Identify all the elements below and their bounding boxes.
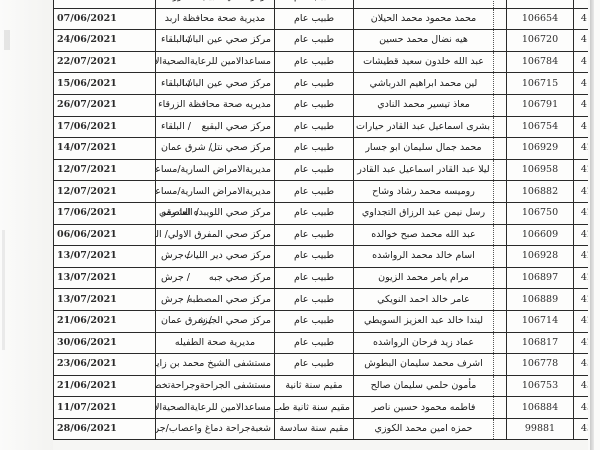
national-id-cell: 106714 [507,310,574,332]
separator-cell [494,94,507,116]
separator-cell [494,310,507,332]
region-label: / الزرقاء [161,0,195,7]
table-row: 22/07/2021مساعدالامين للرعايةالصحيةالاول… [54,51,600,73]
workplace-label: مركز صحي عين الباشا [182,78,271,89]
region-label: / جرش [161,290,190,310]
table-row-partial: 14/06/2021 / الزرقاءمركز صحي شبيب طبيب ع… [54,0,600,8]
date-cell: 14/06/2021 [54,0,156,8]
job-title-cell: مقيم سنة سادسة [275,418,354,440]
date-cell: 17/06/2021 [54,116,156,138]
national-id-cell: 106958 [507,159,574,181]
table-row: 23/06/2021مستشفى الشيخ محمد بن زايد /الم… [54,354,600,376]
date-cell: 12/07/2021 [54,159,156,181]
job-title-cell: طبيب عام [275,289,354,311]
separator-cell [494,332,507,354]
workplace-label: مركز صحي شبيب [200,0,271,2]
date-cell: 21/06/2021 [54,310,156,332]
table-row: 12/07/2021مديريةالامراض السارية/مساعدرعا… [54,159,600,181]
region-label: / جرش [161,268,190,288]
name-cell: بشرى اسماعيل عبد القادر حيارات [354,116,494,138]
workplace-label: مركز صحي الجيزه [198,315,271,326]
region-label: / شرق عمان [161,138,212,158]
table-row: 21/06/2021مستشفى الجراحةوجراحةتخصصية/الب… [54,375,600,397]
date-cell: 13/07/2021 [54,246,156,268]
date-cell: 24/06/2021 [54,30,156,52]
date-cell: 14/07/2021 [54,138,156,160]
separator-cell [494,397,507,419]
job-title-cell: طبيب عام [275,332,354,354]
separator-cell [494,116,507,138]
name-cell: عبد الله محمد صبح خوالده [354,224,494,246]
date-cell: 21/06/2021 [54,375,156,397]
name-cell: حمزه امين محمد الكوزي [354,418,494,440]
date-cell: 15/06/2021 [54,73,156,95]
name-cell: عبد الله خلدون سعيد قطيشات [354,51,494,73]
separator-cell [494,354,507,376]
workplace-cell: مديريه صحة محافظة الزرقاء [156,94,275,116]
workplace-cell: / جرشمركز صحي المصطبه [156,289,275,311]
scan-margin-left [0,0,53,450]
separator-cell [494,289,507,311]
date-cell: 11/07/2021 [54,397,156,419]
separator-cell [494,202,507,224]
name-cell: لين محمد ابراهيم الدرباشي [354,73,494,95]
table-row: 06/06/2021مركز صحي المفرق الاولي/ المفرق… [54,224,600,246]
date-cell: 26/07/2021 [54,94,156,116]
workplace-cell: / جرشمركز صحي جبه [156,267,275,289]
separator-cell [494,246,507,268]
table-row: 17/06/2021/ البلقاءمركز صحي البقيعطبيب ع… [54,116,600,138]
job-title-cell: طبيب عام [275,246,354,268]
table-row: 14/07/2021/ شرق عمانمركز صحي نتلطبيب عام… [54,138,600,160]
date-cell: 12/07/2021 [54,181,156,203]
name-cell: روميسه محمد رشاد وشاح [354,181,494,203]
national-id-cell: 106897 [507,267,574,289]
table-row: 11/07/2021مساعدالامين للرعايةالصحيةالاول… [54,397,600,419]
table-row: 13/07/2021/ جرشمركز صحي المصطبهطبيب عامع… [54,289,600,311]
separator-cell [494,159,507,181]
name-cell: ... [354,0,494,8]
workplace-cell: / البلقاءمركز صحي عين الباشا [156,73,275,95]
workplace-label: مركز صحي جبه [209,272,271,283]
workplace-cell: مستشفى الجراحةوجراحةتخصصية/البشير [156,375,275,397]
workplace-cell: مديرية صحة الطفيله [156,332,275,354]
name-cell: اشرف محمد سليمان البطوش [354,354,494,376]
name-cell: رسل نيمن عبد الرزاق التجداوي [354,202,494,224]
job-title-cell: طبيب عام [275,224,354,246]
separator-cell [494,30,507,52]
job-title-cell: طبيب عام [275,181,354,203]
workplace-cell: / البلقاءمركز صحي عين الباشا [156,30,275,52]
job-title-cell: طبيب عام [275,30,354,52]
workplace-cell: مديريةالامراض السارية/مساعدرعايةصحي [156,159,275,181]
workplace-cell: / الزرقاءمركز صحي شبيب [156,0,275,8]
scan-artifact [2,230,5,350]
region-label: / البلقاء [161,117,191,137]
name-cell: هيه نضال محمد حسين [354,30,494,52]
job-title-cell: طبيب عام [275,310,354,332]
workplace-label: مركز صحي البقيع [202,121,271,132]
date-cell: 22/07/2021 [54,51,156,73]
workplace-label: مستشفى الشيخ محمد بن زايد /الميداني [156,358,272,369]
separator-cell [494,73,507,95]
national-id-cell: 106784 [507,51,574,73]
workplace-cell: مساعدالامين للرعايةالصحيةالاولية [156,397,275,419]
name-cell: مرام يامر محمد الزيون [354,267,494,289]
separator-cell [494,138,507,160]
job-title-cell: طبيب عام [275,94,354,116]
job-title-cell: طبيب عام [275,116,354,138]
name-cell: مأمون حلمي سليمان صالح [354,375,494,397]
workplace-cell: / شرق عمانمركز صحي الجيزه [156,310,275,332]
job-title-cell: مقيم سنة ثانية طب اسره [275,397,354,419]
name-cell: عماد زيد فرحان الرواشده [354,332,494,354]
table-row: 12/07/2021مديريةالامراض السارية/مساعدرعا… [54,181,600,203]
separator-cell [494,0,507,8]
workplace-label: مديريةالامراض السارية/مساعدرعايةصحي [156,164,272,175]
national-id-cell: 106889 [507,289,574,311]
workplace-cell: / شرق عمانمركز صحي نتل [156,138,275,160]
date-cell: 07/06/2021 [54,8,156,30]
workplace-label: مركز صحي اللويبده الشرقي [159,207,271,218]
workplace-label: مديرية صحة محافظة اربد [165,13,265,24]
national-id-cell [507,0,574,8]
workplace-cell: مديرية صحة محافظة اربد [156,8,275,30]
workplace-label: مساعدالامين للرعايةالصحيةالاولية [156,402,272,413]
separator-cell [494,51,507,73]
table-row: 24/06/2021/ البلقاءمركز صحي عين الباشاطب… [54,30,600,52]
scan-artifact [4,30,10,50]
national-id-cell: 106654 [507,8,574,30]
national-id-cell: 106884 [507,397,574,419]
national-id-cell: 106778 [507,354,574,376]
national-id-cell: 99881 [507,418,574,440]
table-row: 17/06/2021/ العاصمهمركز صحي اللويبده الش… [54,202,600,224]
table-row: 15/06/2021/ البلقاءمركز صحي عين الباشاطب… [54,73,600,95]
job-title-cell: مقيم سنة ثانية [275,375,354,397]
workplace-label: مديرية صحة الطفيله [175,337,255,348]
scan-page-edge [590,0,594,450]
workplace-label: مركز صحي نتل [210,142,271,153]
name-cell: محمد محمود محمد الحيلان [354,8,494,30]
name-cell: محمد جمال سليمان ابو جسار [354,138,494,160]
workplace-label: شعبةجراحة دماغ واعصاب/جراحة/البشير [156,423,272,434]
table-row: 13/07/2021/ جرشمركز صحي دير اللياتطبيب ع… [54,246,600,268]
separator-cell [494,224,507,246]
national-id-cell: 106817 [507,332,574,354]
table-row: 13/07/2021/ جرشمركز صحي جبهطبيب عاممرام … [54,267,600,289]
name-cell: اسام خالد محمد الرواشده [354,246,494,268]
table-row: 07/06/2021مديرية صحة محافظة اربدطبيب عام… [54,8,600,30]
date-cell: 30/06/2021 [54,332,156,354]
national-id-cell: 106928 [507,246,574,268]
job-title-cell: طبيب عام [275,202,354,224]
separator-cell [494,181,507,203]
appointments-table: 14/06/2021 / الزرقاءمركز صحي شبيب طبيب ع… [53,0,600,440]
workplace-label: مركز صحي المفرق الاولي/ المفرق [156,229,272,240]
job-title-cell: طبيب عام [275,159,354,181]
national-id-cell: 106750 [507,202,574,224]
national-id-cell: 106720 [507,30,574,52]
table-row: 28/06/2021شعبةجراحة دماغ واعصاب/جراحة/ال… [54,418,600,440]
job-title-cell: طبيب عام [275,73,354,95]
national-id-cell: 106609 [507,224,574,246]
workplace-label: مديريه صحة محافظة الزرقاء [158,99,271,110]
name-cell: معاذ تيسير محمد النادي [354,94,494,116]
name-cell: عامر خالد احمد النويكي [354,289,494,311]
name-cell: ليندا خالد عبد العزيز السويطي [354,310,494,332]
workplace-cell: / البلقاءمركز صحي البقيع [156,116,275,138]
date-cell: 28/06/2021 [54,418,156,440]
job-title-cell: طبيب عام [275,0,354,8]
table-row: 30/06/2021مديرية صحة الطفيلهطبيب عامعماد… [54,332,600,354]
date-cell: 13/07/2021 [54,267,156,289]
national-id-cell: 106791 [507,94,574,116]
national-id-cell: 106715 [507,73,574,95]
workplace-label: مركز صحي عين الباشا [182,34,271,45]
job-title-cell: طبيب عام [275,8,354,30]
workplace-cell: مساعدالامين للرعايةالصحيةالاولية [156,51,275,73]
job-title-cell: طبيب عام [275,138,354,160]
name-cell: ليلا عبد القادر اسماعيل عبد القادر [354,159,494,181]
job-title-cell: طبيب عام [275,267,354,289]
job-title-cell: طبيب عام [275,354,354,376]
workplace-cell: / العاصمهمركز صحي اللويبده الشرقي [156,202,275,224]
separator-cell [494,267,507,289]
table-row: 26/07/2021مديريه صحة محافظة الزرقاءطبيب … [54,94,600,116]
national-id-cell: 106753 [507,375,574,397]
separator-cell [494,418,507,440]
national-id-cell: 106754 [507,116,574,138]
date-cell: 23/06/2021 [54,354,156,376]
national-id-cell: 106882 [507,181,574,203]
date-cell: 17/06/2021 [54,202,156,224]
name-cell: فاطمه محمود حسين ناصر [354,397,494,419]
workplace-label: مساعدالامين للرعايةالصحيةالاولية [156,56,272,67]
national-id-cell: 106929 [507,138,574,160]
job-title-cell: طبيب عام [275,51,354,73]
workplace-cell: مركز صحي المفرق الاولي/ المفرق [156,224,275,246]
separator-cell [494,375,507,397]
separator-cell [494,8,507,30]
workplace-cell: شعبةجراحة دماغ واعصاب/جراحة/البشير [156,418,275,440]
date-cell: 06/06/2021 [54,224,156,246]
workplace-cell: مديريةالامراض السارية/مساعدرعايةصحي [156,181,275,203]
workplace-cell: مستشفى الشيخ محمد بن زايد /الميداني [156,354,275,376]
workplace-label: مستشفى الجراحةوجراحةتخصصية/البشير [156,380,272,391]
workplace-cell: / جرشمركز صحي دير الليات [156,246,275,268]
workplace-label: مركز صحي دير الليات [184,250,271,261]
workplace-label: مديريةالامراض السارية/مساعدرعايةصحي [156,186,272,197]
date-cell: 13/07/2021 [54,289,156,311]
table-row: 21/06/2021/ شرق عمانمركز صحي الجيزهطبيب … [54,310,600,332]
workplace-label: مركز صحي المصطبه [188,294,271,305]
